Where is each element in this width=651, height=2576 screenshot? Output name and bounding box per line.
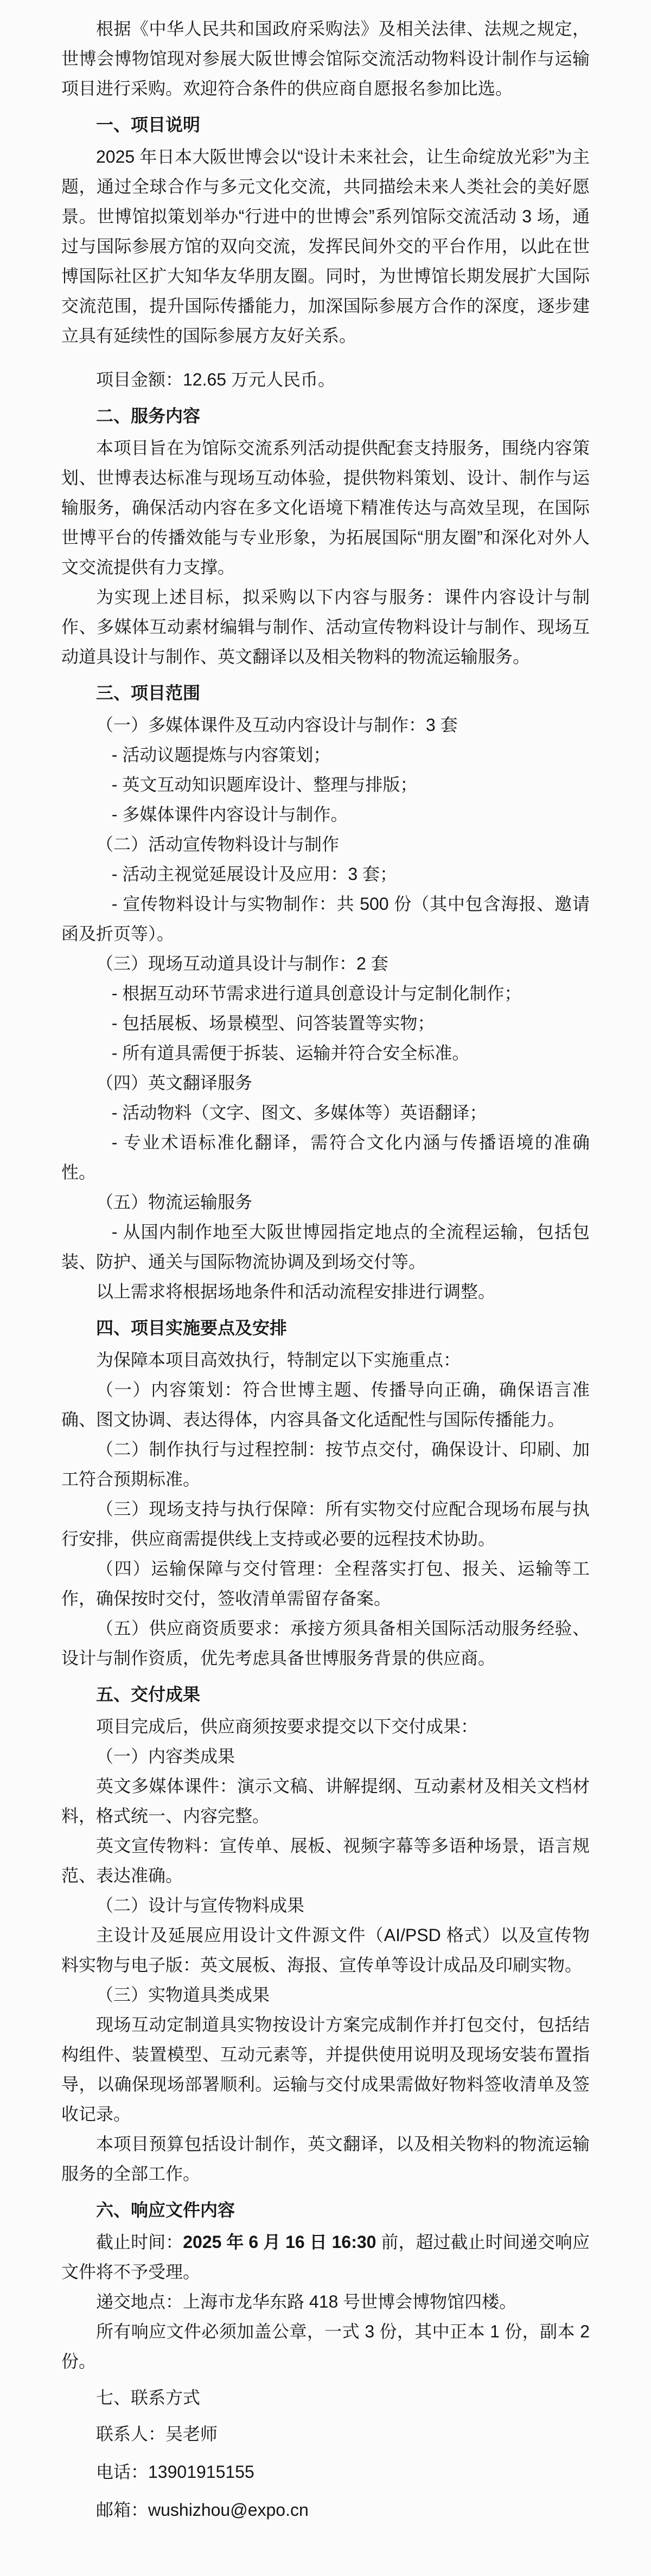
deliverables-intro: 项目完成后，供应商须按要求提交以下交付成果： — [61, 1712, 590, 1742]
list-item: - 活动议题提炼与内容策划； — [61, 740, 590, 770]
section-heading-3: 三、项目范围 — [61, 678, 590, 708]
document-page: 根据《中华人民共和国政府采购法》及相关法律、法规之规定，世博会博物馆现对参展大阪… — [0, 0, 651, 2529]
section-heading-6: 六、响应文件内容 — [61, 2195, 590, 2225]
deliverables-content-1: 英文多媒体课件：演示文稿、讲解提纲、互动素材及相关文档材料，格式统一、内容完整。 — [61, 1771, 590, 1831]
deliverables-item-1: （一）内容类成果 — [61, 1742, 590, 1771]
text-segment: 截止时间： — [96, 2232, 183, 2252]
contact-phone: 电话：13901915155 — [61, 2453, 590, 2491]
implementation-item-4: （四）运输保障与交付管理：全程落实打包、报关、运输等工作，确保按时交付，签收清单… — [61, 1554, 590, 1614]
project-description: 2025 年日本大阪世博会以“设计未来社会，让生命绽放光彩”为主题，通过全球合作… — [61, 142, 590, 351]
project-amount: 项目金额：12.65 万元人民币。 — [61, 365, 590, 395]
service-overview: 本项目旨在为馆际交流系列活动提供配套支持服务，围绕内容策划、世博表达标准与现场互… — [61, 433, 590, 582]
submission-copies: 所有响应文件必须加盖公章，一式 3 份，其中正本 1 份，副本 2 份。 — [61, 2317, 590, 2376]
implementation-item-5: （五）供应商资质要求：承接方须具备相关国际活动服务经验、设计与制作资质，优先考虑… — [61, 1614, 590, 1673]
list-item: - 活动物料（文字、图文、多媒体等）英语翻译； — [61, 1098, 590, 1128]
scope-item-5: （五）物流运输服务 — [61, 1187, 590, 1217]
list-item: - 多媒体课件内容设计与制作。 — [61, 800, 590, 830]
implementation-intro: 为保障本项目高效执行，特制定以下实施重点： — [61, 1345, 590, 1375]
scope-item-4: （四）英文翻译服务 — [61, 1068, 590, 1098]
contact-person: 联系人：吴老师 — [61, 2415, 590, 2453]
deliverables-content-4: 现场互动定制道具实物按设计方案完成制作并打包交付，包括结构组件、装置模型、互动元… — [61, 2010, 590, 2129]
implementation-item-3: （三）现场支持与执行保障：所有实物交付应配合现场布展与执行安排，供应商需提供线上… — [61, 1494, 590, 1554]
deliverables-item-3: （三）实物道具类成果 — [61, 1980, 590, 2010]
deliverables-content-3: 主设计及延展应用设计文件源文件（AI/PSD 格式）以及宣传物料实物与电子版：英… — [61, 1920, 590, 1980]
deliverables-item-2: （二）设计与宣传物料成果 — [61, 1891, 590, 1920]
list-item: - 包括展板、场景模型、问答装置等实物； — [61, 1008, 590, 1038]
intro-paragraph: 根据《中华人民共和国政府采购法》及相关法律、法规之规定，世博会博物馆现对参展大阪… — [61, 14, 590, 104]
list-item: - 英文互动知识题库设计、整理与排版； — [61, 770, 590, 800]
deadline-line: 截止时间：2025 年 6 月 16 日 16:30 前，超过截止时间递交响应文… — [61, 2227, 590, 2287]
section-heading-7: 七、联系方式 — [61, 2383, 590, 2413]
contact-email: 邮箱：wushizhou@expo.cn — [61, 2491, 590, 2529]
implementation-item-1: （一）内容策划：符合世博主题、传播导向正确，确保语言准确、图文协调、表达得体，内… — [61, 1375, 590, 1435]
section-heading-2: 二、服务内容 — [61, 401, 590, 431]
submission-address: 递交地点：上海市龙华东路 418 号世博会博物馆四楼。 — [61, 2287, 590, 2317]
list-item: - 从国内制作地至大阪世博园指定地点的全流程运输，包括包装、防护、通关与国际物流… — [61, 1217, 590, 1277]
budget-note: 本项目预算包括设计制作，英文翻译，以及相关物料的物流运输服务的全部工作。 — [61, 2129, 590, 2189]
scope-note: 以上需求将根据场地条件和活动流程安排进行调整。 — [61, 1277, 590, 1307]
list-item: - 所有道具需便于拆装、运输并符合安全标准。 — [61, 1038, 590, 1068]
procurement-scope: 为实现上述目标，拟采购以下内容与服务：课件内容设计与制作、多媒体互动素材编辑与制… — [61, 582, 590, 672]
list-item: - 宣传物料设计与实物制作：共 500 份（其中包含海报、邀请函及折页等）。 — [61, 889, 590, 949]
scope-item-2: （二）活动宣传物料设计与制作 — [61, 830, 590, 859]
section-heading-5: 五、交付成果 — [61, 1680, 590, 1710]
implementation-item-2: （二）制作执行与过程控制：按节点交付，确保设计、印刷、加工符合预期标准。 — [61, 1435, 590, 1494]
list-item: - 专业术语标准化翻译，需符合文化内涵与传播语境的准确性。 — [61, 1128, 590, 1187]
section-heading-1: 一、项目说明 — [61, 110, 590, 140]
deadline-datetime: 2025 年 6 月 16 日 16:30 — [183, 2232, 376, 2252]
section-heading-4: 四、项目实施要点及安排 — [61, 1313, 590, 1343]
list-item: - 根据互动环节需求进行道具创意设计与定制化制作； — [61, 979, 590, 1008]
list-item: - 活动主视觉延展设计及应用：3 套； — [61, 859, 590, 889]
deliverables-content-2: 英文宣传物料：宣传单、展板、视频字幕等多语种场景，语言规范、表达准确。 — [61, 1831, 590, 1891]
scope-item-1: （一）多媒体课件及互动内容设计与制作：3 套 — [61, 710, 590, 740]
scope-item-3: （三）现场互动道具设计与制作：2 套 — [61, 949, 590, 979]
